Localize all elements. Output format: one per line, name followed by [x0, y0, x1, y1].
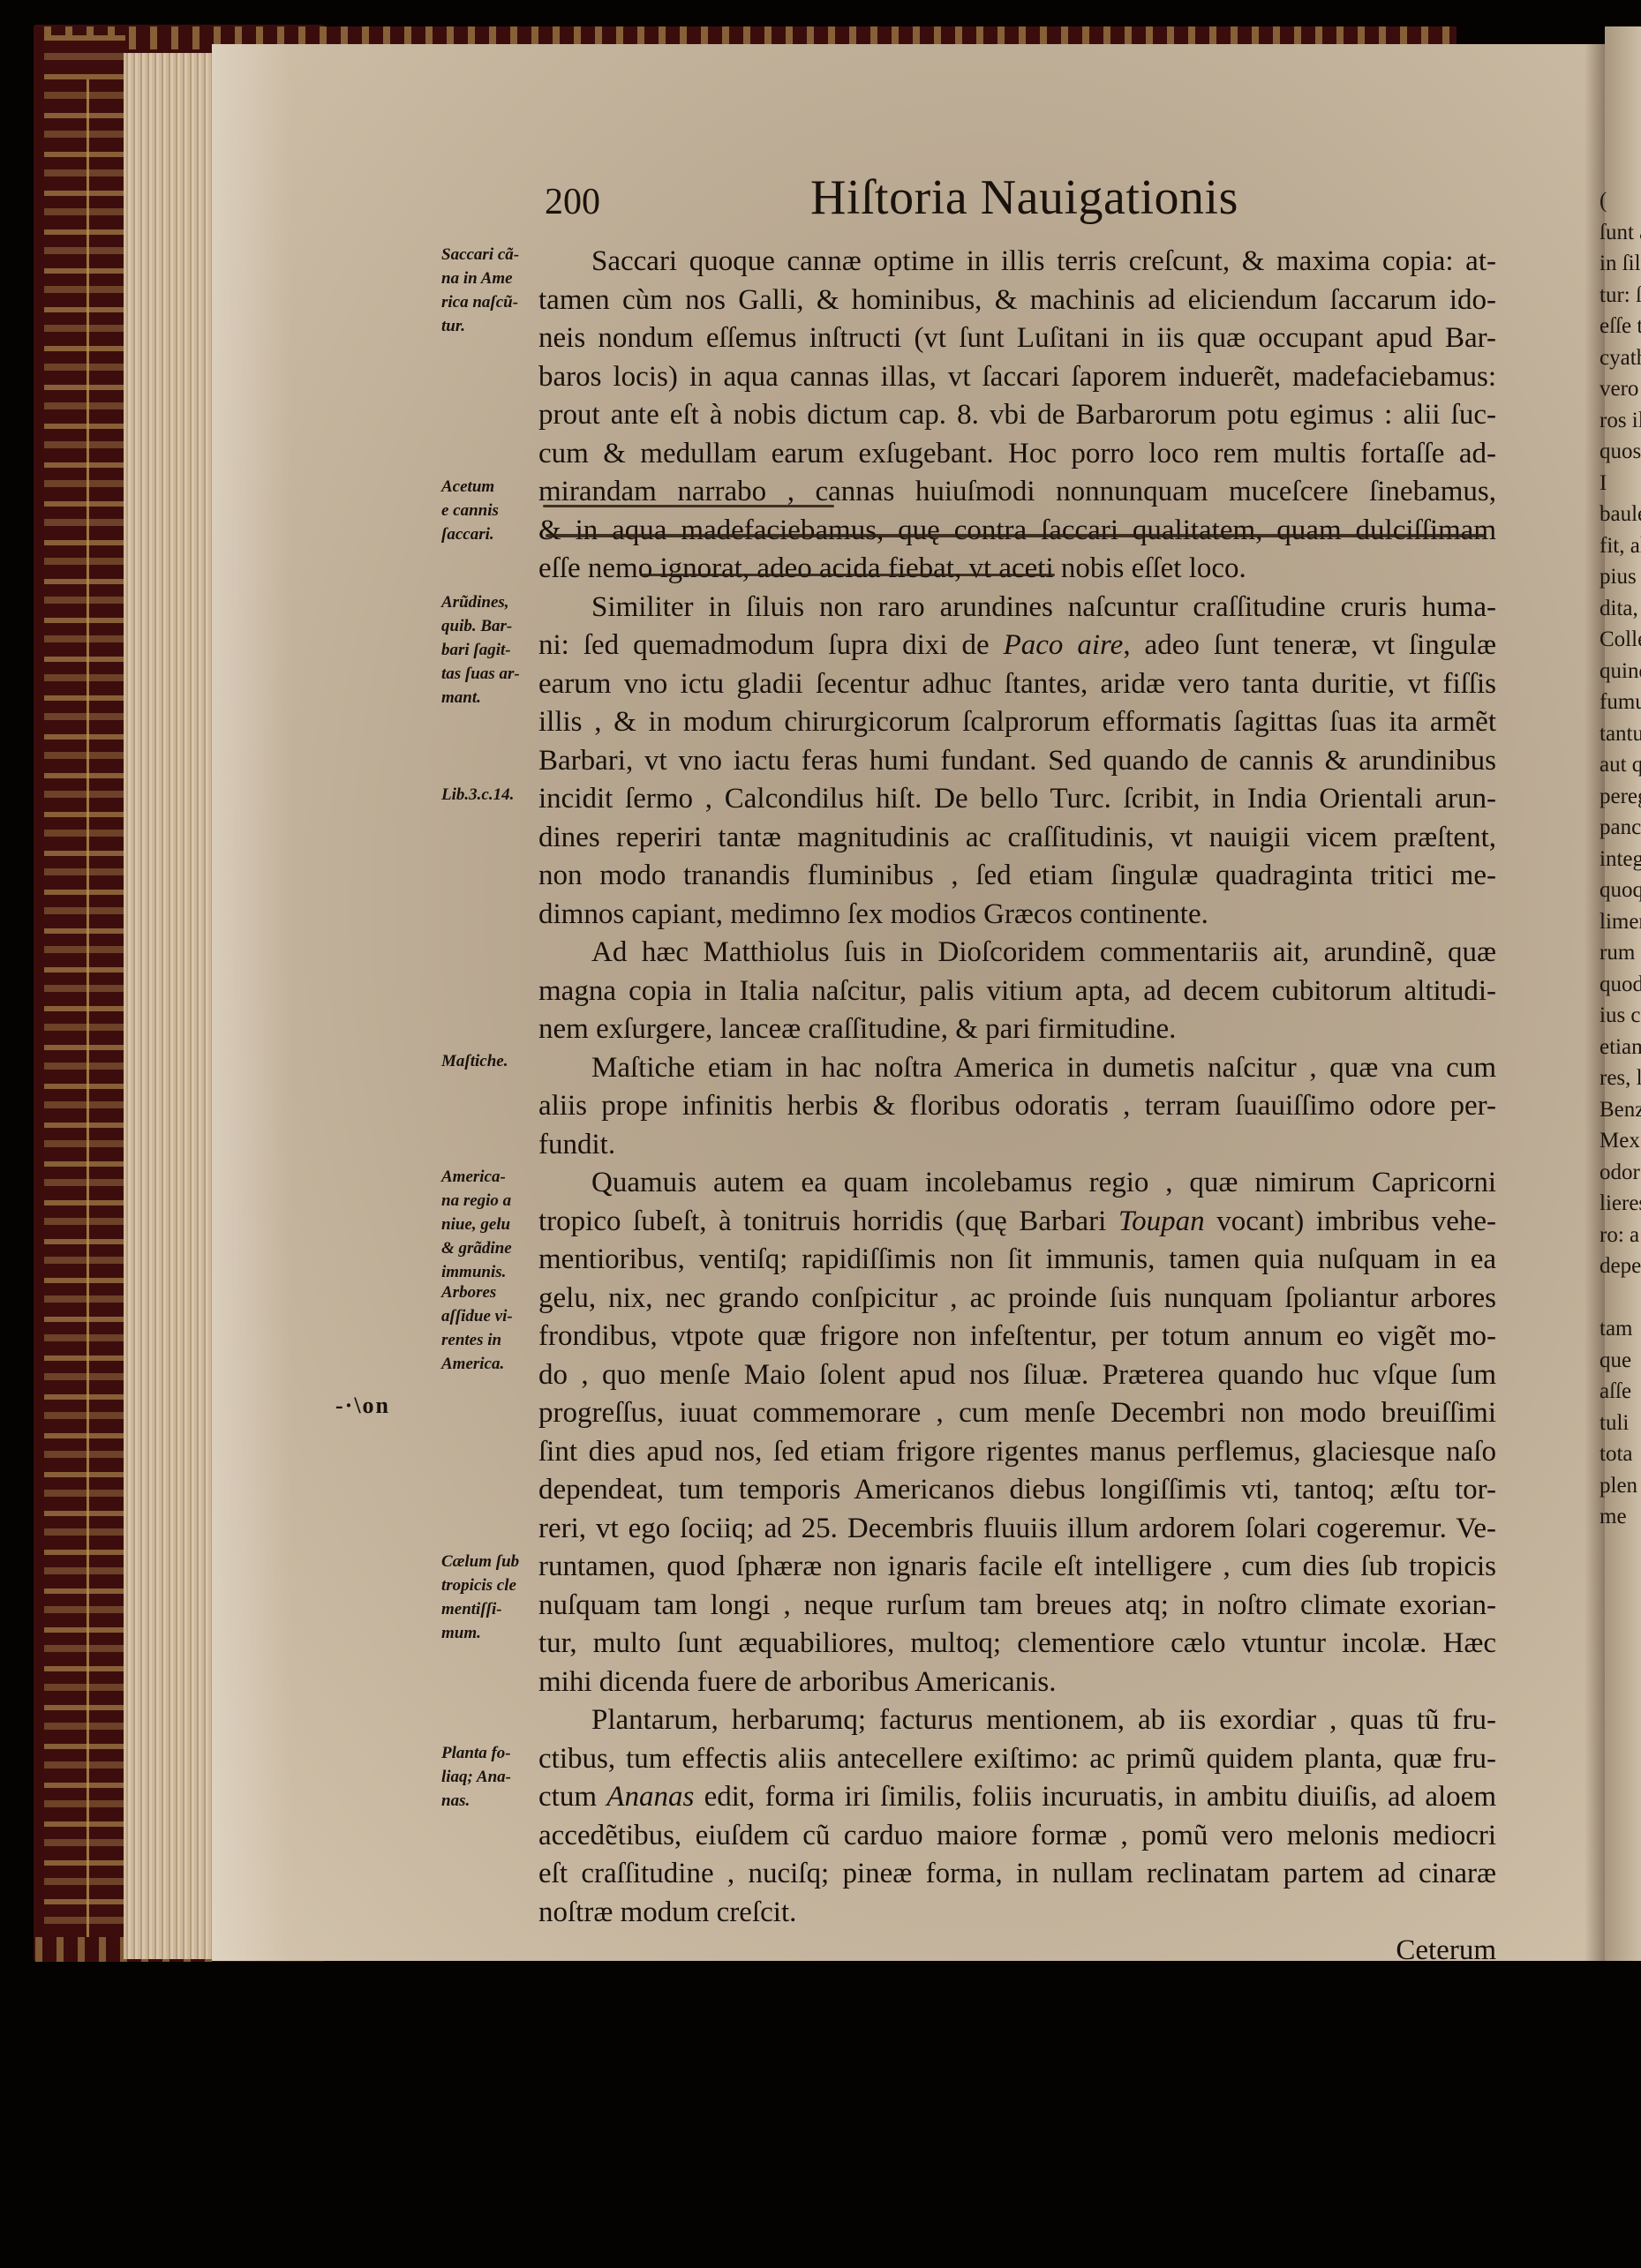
margin-note-line: Cælum ſub: [441, 1550, 538, 1573]
margin-note-line: nas.: [441, 1789, 538, 1813]
margin-note-line: tropicis cle: [441, 1573, 538, 1597]
facing-line-fragment: ius co: [1600, 1000, 1641, 1032]
text-line: frondibus, vtpote quæ frigore non infeſt…: [538, 1318, 1496, 1356]
margin-note: America-na regio aniue, gelu& grãdineimm…: [441, 1165, 538, 1284]
text-line: progreſſus, iuuat commemorare , cum menſ…: [538, 1394, 1496, 1433]
text-line: runtamen, quod ſphæræ non ignaris facile…: [538, 1548, 1496, 1587]
text-line: accedẽtibus, eiuſdem cũ carduo maiore fo…: [538, 1817, 1496, 1856]
facing-line-fragment: que: [1600, 1345, 1641, 1377]
facing-line-fragment: peregr: [1600, 781, 1641, 813]
handwritten-mark: -·\on: [335, 1393, 390, 1419]
facing-line-fragment: lieres: [1600, 1188, 1641, 1220]
margin-note-line: tas ſuas ar-: [441, 662, 538, 686]
facing-line-fragment: dita, v: [1600, 593, 1641, 625]
facing-line-fragment: me: [1600, 1501, 1641, 1533]
facing-line-fragment: aſſe: [1600, 1376, 1641, 1408]
text-line: tamen cùm nos Galli, & hominibus, & mach…: [538, 282, 1496, 320]
margin-note-line: aſſidue vi-: [441, 1304, 538, 1328]
text-line: aliis prope infinitis herbis & floribus …: [538, 1087, 1496, 1126]
text-line: Plantarum, herbarumq; facturus mentionem…: [538, 1701, 1496, 1740]
margin-note-line: quib. Bar-: [441, 614, 538, 638]
text-line: noſtræ modum creſcit.: [538, 1894, 1496, 1933]
margin-note-line: e cannis: [441, 499, 538, 522]
text-line: mentioribus, ventiſq; rapidiſſimis non ſ…: [538, 1241, 1496, 1280]
text-line: ctibus, tum effectis aliis antecellere e…: [538, 1740, 1496, 1779]
text-line: magna copia in Italia naſcitur, palis vi…: [538, 973, 1496, 1011]
facing-line-fragment: ro: a: [1600, 1220, 1641, 1251]
gilt-tooling-border: [44, 35, 125, 1950]
ink-underline: [543, 505, 834, 507]
facing-line-fragment: pius ac: [1600, 561, 1641, 593]
text-line: prout ante eſt à nobis dictum cap. 8. vb…: [538, 396, 1496, 435]
page-margin-shade: [212, 44, 291, 1961]
text-line: Maſtiche etiam in hac noſtra America in …: [538, 1049, 1496, 1088]
facing-line-fragment: fumun: [1600, 687, 1641, 718]
margin-note-line: rica naſcũ-: [441, 290, 538, 314]
text-line: mihi dicenda fuere de arboribus American…: [538, 1663, 1496, 1702]
text-line: ſint dies apud nos, ſed etiam frigore ri…: [538, 1433, 1496, 1472]
margin-note-line: & grãdine: [441, 1236, 538, 1260]
facing-line-fragment: rum n: [1600, 937, 1641, 969]
text-line: do , quo menſe Maio ſolent apud nos ſilu…: [538, 1356, 1496, 1395]
facing-line-fragment: depe: [1600, 1250, 1641, 1282]
text-line: dependeat, tum temporis Americanos diebu…: [538, 1471, 1496, 1510]
facing-line-fragment: tuli: [1600, 1408, 1641, 1439]
margin-note: Maſtiche.: [441, 1049, 538, 1073]
facing-line-fragment: tota: [1600, 1438, 1641, 1470]
margin-note: Lib.3.c.14.: [441, 783, 538, 807]
text-line: reri, vt ego ſociiq; ad 25. Decembris fl…: [538, 1510, 1496, 1549]
text-line: ctum Ananas edit, forma iri ſimilis, fol…: [538, 1778, 1496, 1817]
facing-line-fragment: quos r: [1600, 436, 1641, 468]
facing-line-fragment: I: [1600, 468, 1641, 499]
facing-line-fragment: cyath: [1600, 342, 1641, 374]
margin-note-line: bari ſagit-: [441, 638, 538, 662]
facing-line-fragment: quoq;: [1600, 875, 1641, 906]
facing-line-fragment: ros illa: [1600, 405, 1641, 437]
text-line: cum & medullam earum exſugebant. Hoc por…: [538, 435, 1496, 474]
margin-note-line: mentiſſi-: [441, 1597, 538, 1621]
text-line: fundit.: [538, 1126, 1496, 1165]
facing-line-fragment: ſunt a: [1600, 217, 1641, 249]
margin-note-line: Saccari cã-: [441, 243, 538, 267]
page-number: 200: [545, 181, 600, 223]
facing-line-fragment: etiam: [1600, 1032, 1641, 1063]
facing-line-fragment: tam: [1600, 1313, 1641, 1345]
text-line: Barbari, vt vno iactu feras humi fundant…: [538, 742, 1496, 781]
gilt-fillet: [87, 79, 89, 1941]
margin-note-line: Acetum: [441, 475, 538, 499]
margin-note-line: America-: [441, 1165, 538, 1189]
text-line: tropico ſubeſt, à tonitruis horridis (qu…: [538, 1203, 1496, 1242]
facing-page-text: (ſunt ain ſilutur: ſaeſſe tocyathvero Ar…: [1600, 185, 1641, 1533]
facing-line-fragment: in ſilu: [1600, 248, 1641, 280]
text-line: Ad hæc Matthiolus ſuis in Dioſcoridem co…: [538, 934, 1496, 973]
margin-note-line: America.: [441, 1352, 538, 1376]
ink-underline: [546, 534, 1486, 537]
facing-line-fragment: bauleij: [1600, 499, 1641, 530]
margin-note-line: ſaccari.: [441, 522, 538, 546]
facing-line-fragment: odor: [1600, 1157, 1641, 1189]
margin-note-line: na regio a: [441, 1189, 538, 1213]
text-line: gelu, nix, nec grando conſpicitur , ac p…: [538, 1280, 1496, 1318]
text-line: incidit ſermo , Calcondilus hiſt. De bel…: [538, 780, 1496, 819]
text-line: nem exſurgere, lanceæ craſſitudine, & pa…: [538, 1010, 1496, 1049]
facing-line-fragment: eſſe to: [1600, 311, 1641, 342]
margin-note-line: rentes in: [441, 1328, 538, 1352]
facing-line-fragment: plen: [1600, 1470, 1641, 1502]
margin-note-line: mant.: [441, 686, 538, 710]
facing-line-fragment: panch: [1600, 812, 1641, 844]
facing-line-fragment: [1600, 1282, 1641, 1314]
margin-note: Saccari cã-na in America naſcũ-tur.: [441, 243, 538, 338]
facing-line-fragment: (: [1600, 185, 1641, 217]
text-line: baros locis) in aqua cannas illas, vt ſa…: [538, 358, 1496, 397]
text-line: eſſe nemo ignorat, adeo acida fiebat, vt…: [538, 550, 1496, 589]
margin-note: Arboresaſſidue vi-rentes inAmerica.: [441, 1280, 538, 1376]
facing-line-fragment: limen: [1600, 906, 1641, 938]
margin-note: Cælum ſubtropicis clementiſſi-mum.: [441, 1550, 538, 1645]
margin-note: Planta fo-liaq; Ana-nas.: [441, 1741, 538, 1813]
text-line: Similiter in ſiluis non raro arundines n…: [538, 589, 1496, 627]
text-line: dines reperiri tantæ magnitudinis ac cra…: [538, 819, 1496, 858]
facing-line-fragment: fit, al: [1600, 530, 1641, 562]
text-line: nuſquam tam longi , neque rurſum tam bre…: [538, 1587, 1496, 1626]
ink-underline: [640, 574, 1055, 576]
margin-note: Acetume cannisſaccari.: [441, 475, 538, 546]
facing-line-fragment: res, la: [1600, 1063, 1641, 1094]
text-line: neis nondum eſſemus inſtructi (vt ſunt L…: [538, 319, 1496, 358]
text-line: illis , & in modum chirurgicorum ſcalpro…: [538, 703, 1496, 742]
text-line: & in aqua madefaciebamus, quę contra ſac…: [538, 512, 1496, 551]
text-line: non modo tranandis fluminibus , ſed etia…: [538, 857, 1496, 896]
text-line: Saccari quoque cannæ optime in illis ter…: [538, 243, 1496, 282]
margin-note-line: Arbores: [441, 1280, 538, 1304]
margin-note-line: liaq; Ana-: [441, 1765, 538, 1789]
margin-note-line: tur.: [441, 314, 538, 338]
margin-note-line: na in Ame: [441, 267, 538, 290]
text-line: dimnos capiant, medimno ſex modios Græco…: [538, 896, 1496, 935]
running-title: Hiſtoria Nauigationis: [810, 169, 1238, 226]
facing-line-fragment: aut qu: [1600, 749, 1641, 781]
text-line: ni: ſed quemadmodum ſupra dixi de Paco a…: [538, 627, 1496, 665]
main-text-block: Saccari quoque cannæ optime in illis ter…: [538, 243, 1496, 1971]
text-line: Quamuis autem ea quam incolebamus regio …: [538, 1164, 1496, 1203]
facing-line-fragment: quod: [1600, 969, 1641, 1001]
text-line: eſt craſſitudine , nuciſq; pineæ forma, …: [538, 1855, 1496, 1894]
facing-line-fragment: Colle: [1600, 624, 1641, 656]
text-line: tur, multo ſunt æquabiliores, multoq; cl…: [538, 1625, 1496, 1663]
page-edges: [124, 53, 216, 1959]
facing-line-fragment: quinq: [1600, 656, 1641, 687]
text-line: earum vno ictu gladii ſecentur adhuc ſta…: [538, 665, 1496, 704]
facing-line-fragment: tur: ſa: [1600, 280, 1641, 312]
facing-line-fragment: Benz: [1600, 1094, 1641, 1126]
margin-note-line: Planta fo-: [441, 1741, 538, 1765]
facing-line-fragment: integr: [1600, 844, 1641, 875]
margin-note: Arũdines,quib. Bar-bari ſagit-tas ſuas a…: [441, 590, 538, 710]
facing-line-fragment: tantun: [1600, 718, 1641, 750]
margin-note-line: Lib.3.c.14.: [441, 783, 538, 807]
margin-note-line: Arũdines,: [441, 590, 538, 614]
text-line: Ceterum: [538, 1932, 1496, 1971]
margin-note-line: niue, gelu: [441, 1213, 538, 1236]
margin-note-line: mum.: [441, 1621, 538, 1645]
margin-note-line: Maſtiche.: [441, 1049, 538, 1073]
facing-line-fragment: Mex: [1600, 1125, 1641, 1157]
facing-line-fragment: vero A: [1600, 373, 1641, 405]
